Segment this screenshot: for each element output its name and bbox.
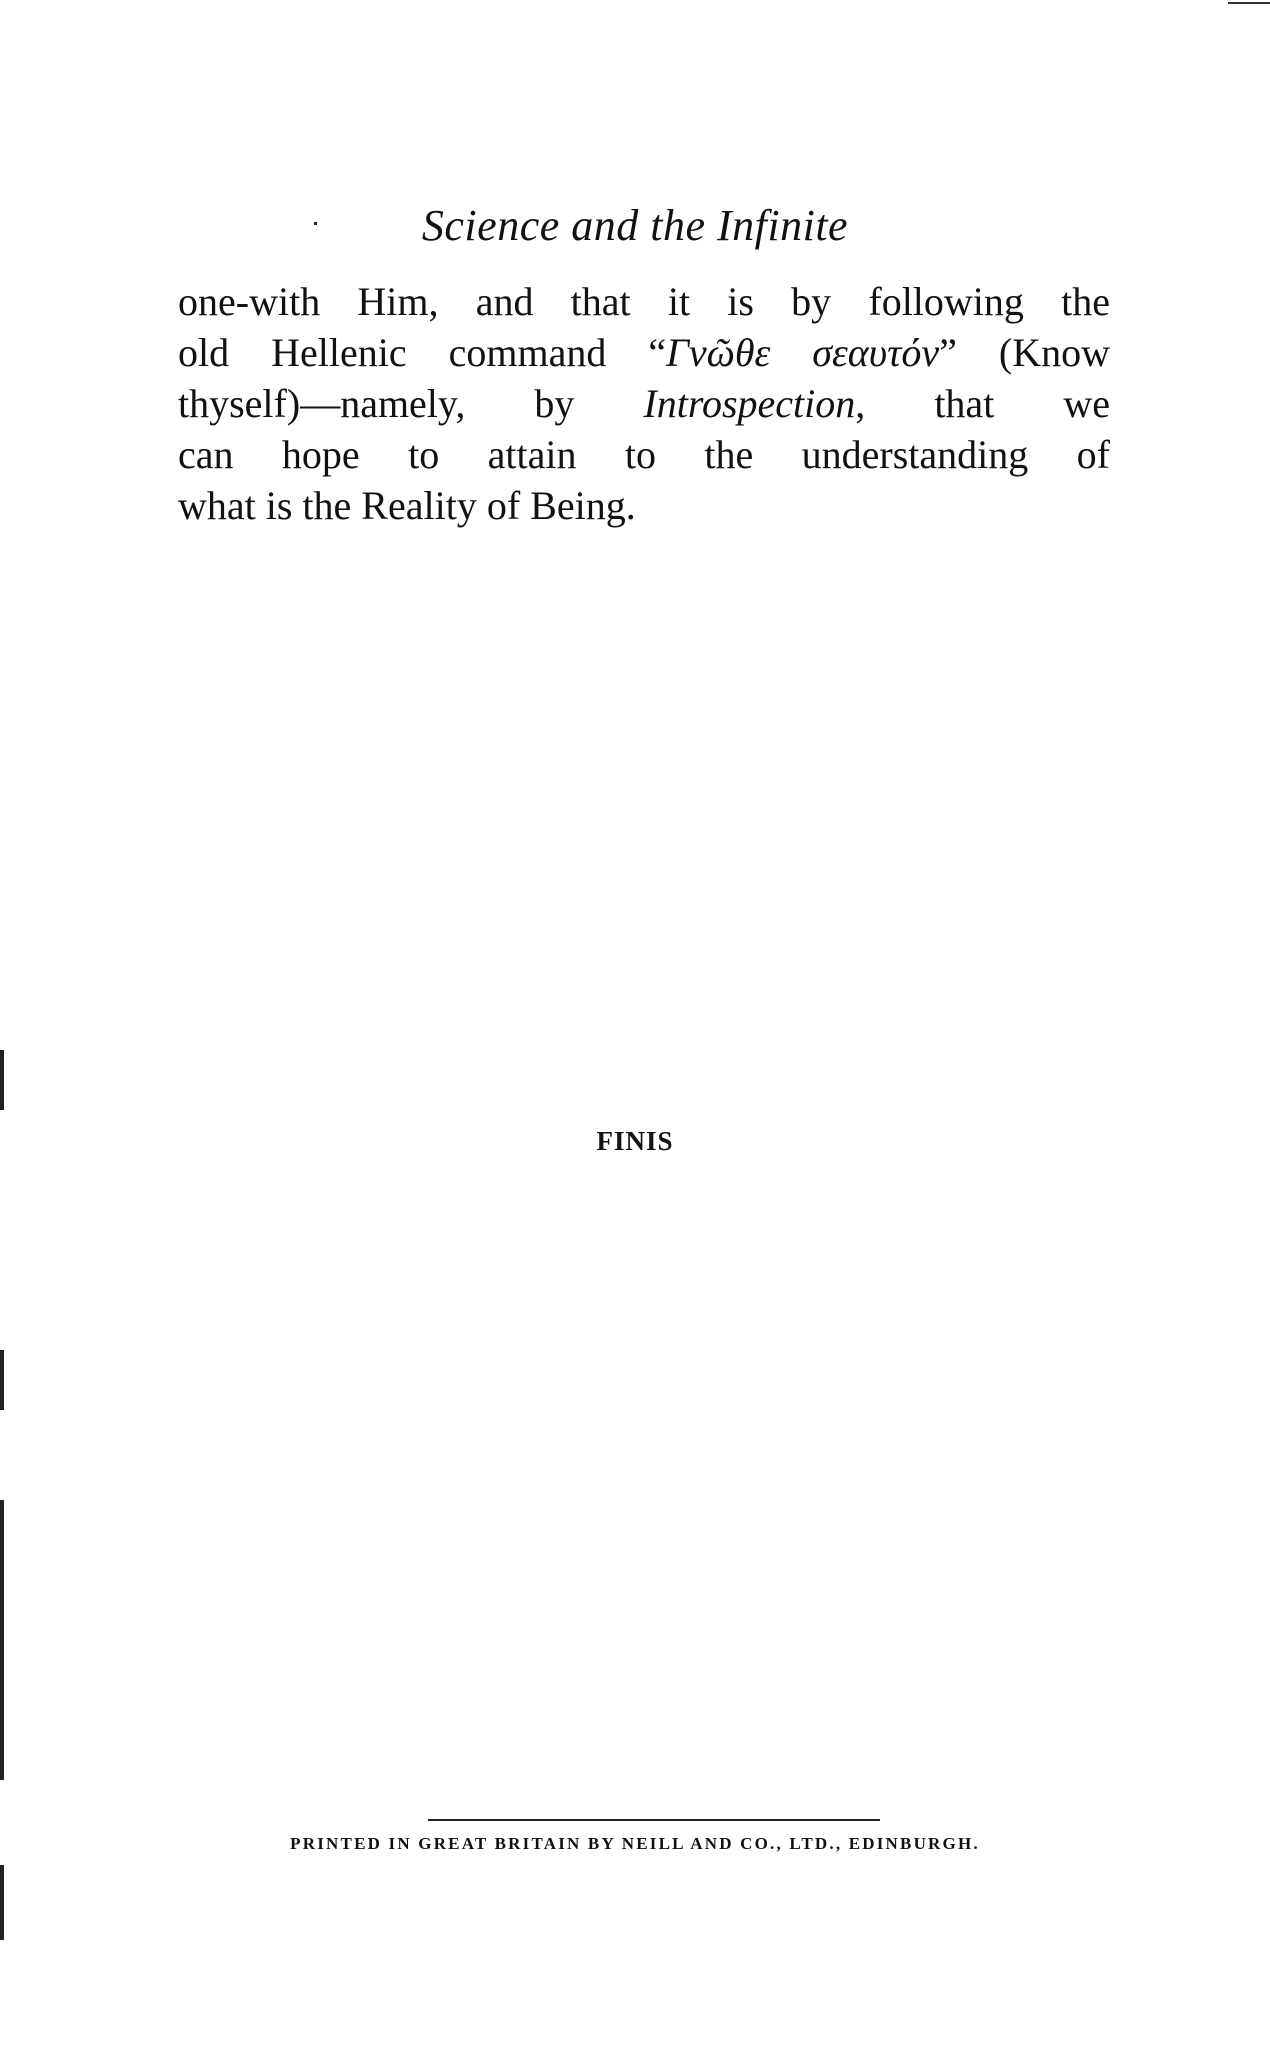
- running-head-text: Science and the Infinite: [422, 201, 848, 250]
- body-line: can hope to attain to the understanding …: [178, 429, 1110, 480]
- body-line: one-with Him, and that it is by followin…: [178, 276, 1110, 327]
- printer-imprint: PRINTED IN GREAT BRITAIN BY NEILL AND CO…: [0, 1834, 1270, 1854]
- scan-edge-mark: [0, 1865, 4, 1940]
- text-run: , that we: [855, 381, 1110, 426]
- text-run: thyself)—namely, by: [178, 381, 643, 426]
- body-line: old Hellenic command “Γνῶθε σεαυτόν” (Kn…: [178, 327, 1110, 378]
- body-line: thyself)—namely, by Introspection, that …: [178, 378, 1110, 429]
- running-head: Science and the Infinite: [0, 200, 1270, 251]
- scan-edge-mark: [0, 1350, 4, 1410]
- body-paragraph: one-with Him, and that it is by followin…: [178, 276, 1110, 531]
- text-run: old Hellenic command “: [178, 330, 666, 375]
- greek-phrase: Γνῶθε σεαυτόν: [666, 330, 939, 375]
- stray-dot: [314, 222, 317, 225]
- imprint-rule: [428, 1819, 880, 1821]
- italic-term: Introspection: [643, 381, 855, 426]
- body-line: what is the Reality of Being.: [178, 480, 1110, 531]
- scan-edge-mark: [0, 1500, 4, 1780]
- text-run: ” (Know: [939, 330, 1110, 375]
- scan-edge-line: [1228, 2, 1270, 4]
- finis-heading: FINIS: [0, 1126, 1270, 1157]
- scan-edge-mark: [0, 1050, 4, 1110]
